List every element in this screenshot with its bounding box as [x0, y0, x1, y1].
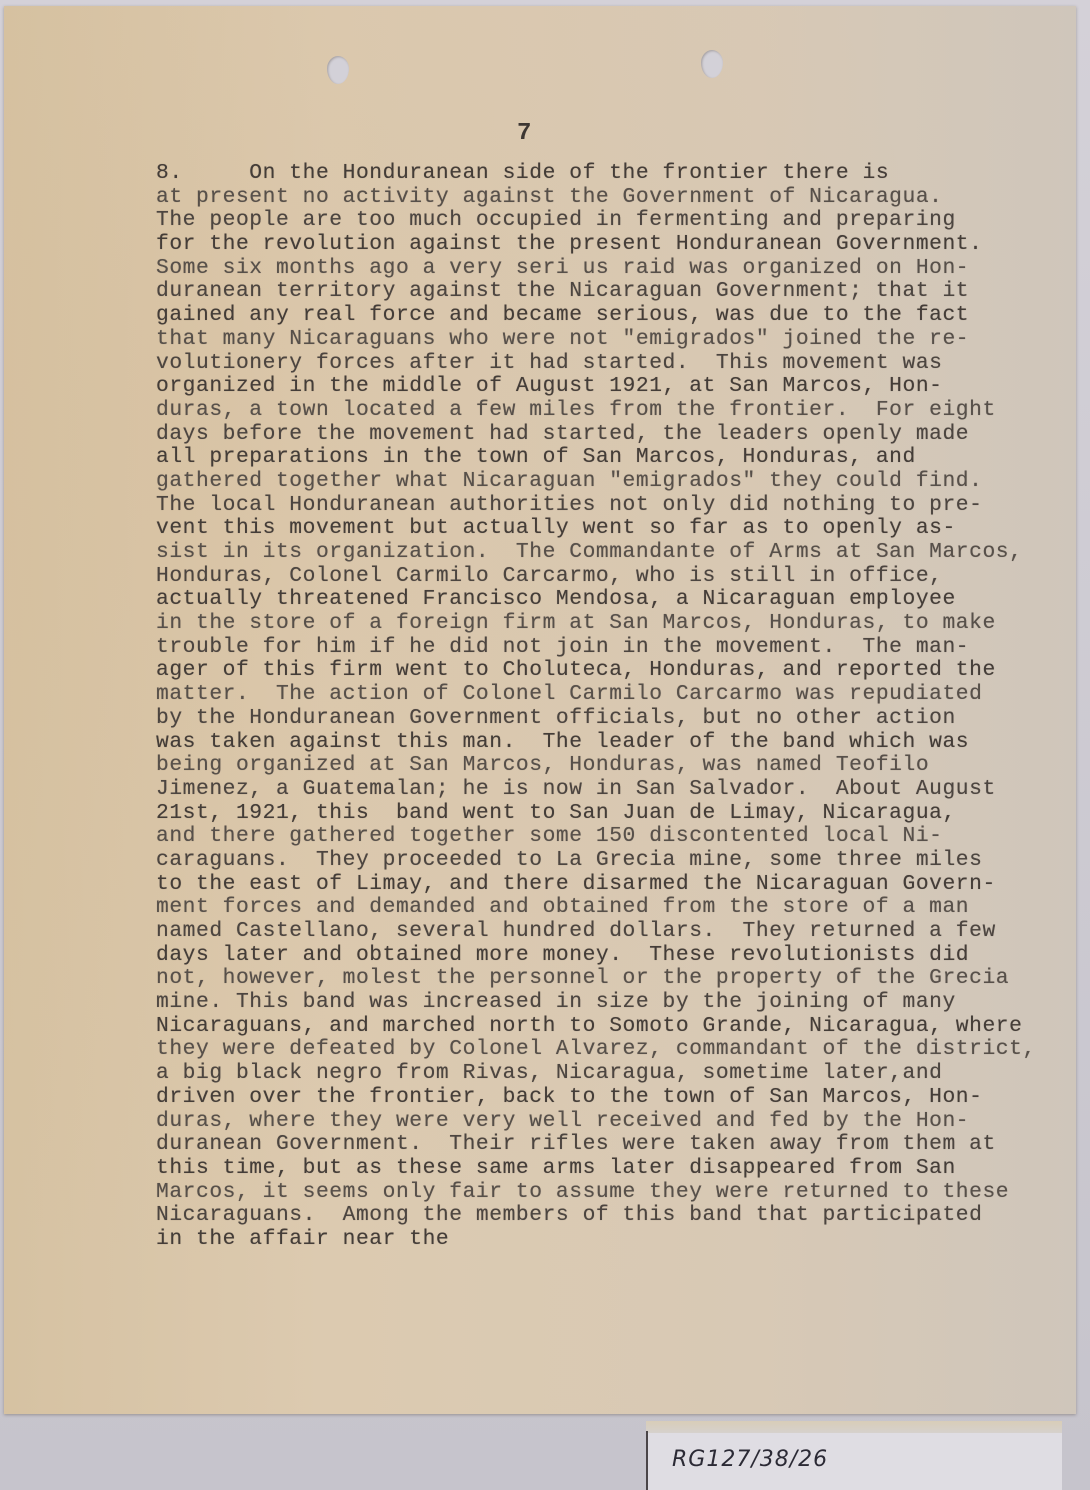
text-line: actually threatened Francisco Mendosa, a… [156, 588, 1036, 612]
archive-label-card: RG127/38/26 [646, 1430, 1062, 1490]
label-rule [646, 1431, 648, 1490]
text-line: was taken against this man. The leader o… [156, 731, 1036, 755]
label-tab-strip [646, 1421, 1062, 1433]
text-line: duras, where they were very well receive… [156, 1110, 1036, 1134]
text-line: matter. The action of Colonel Carmilo Ca… [156, 683, 1036, 707]
text-line: volutionery forces after it had started.… [156, 352, 1036, 376]
page-number: 7 [517, 120, 531, 147]
text-line: 21st, 1921, this band went to San Juan d… [156, 802, 1036, 826]
text-line: in the affair near the [156, 1228, 1036, 1252]
text-line: all preparations in the town of San Marc… [156, 446, 1036, 470]
text-line: duranean territory against the Nicaragua… [156, 280, 1036, 304]
text-line: The people are too much occupied in ferm… [156, 209, 1036, 233]
text-line: for the revolution against the present H… [156, 233, 1036, 257]
text-line: 8. On the Honduranean side of the fronti… [156, 162, 1036, 186]
text-line: Jimenez, a Guatemalan; he is now in San … [156, 778, 1036, 802]
text-line: a big black negro from Rivas, Nicaragua,… [156, 1062, 1036, 1086]
text-line: The local Honduranean authorities not on… [156, 494, 1036, 518]
text-line: being organized at San Marcos, Honduras,… [156, 754, 1036, 778]
text-line: sist in its organization. The Commandant… [156, 541, 1036, 565]
text-line: trouble for him if he did not join in th… [156, 636, 1036, 660]
punch-hole-left [327, 56, 349, 84]
text-line: mine. This band was increased in size by… [156, 991, 1036, 1015]
text-line: Honduras, Colonel Carmilo Carcarmo, who … [156, 565, 1036, 589]
text-line: not, however, molest the personnel or th… [156, 967, 1036, 991]
text-line: ager of this firm went to Choluteca, Hon… [156, 659, 1036, 683]
text-line: that many Nicaraguans who were not "emig… [156, 328, 1036, 352]
text-line: vent this movement but actually went so … [156, 517, 1036, 541]
text-line: to the east of Limay, and there disarmed… [156, 873, 1036, 897]
text-line: organized in the middle of August 1921, … [156, 375, 1036, 399]
text-line: they were defeated by Colonel Alvarez, c… [156, 1038, 1036, 1062]
body-paragraph: 8. On the Honduranean side of the fronti… [156, 162, 1036, 1252]
text-line: caraguans. They proceeded to La Grecia m… [156, 849, 1036, 873]
text-line: Nicaraguans, and marched north to Somoto… [156, 1015, 1036, 1039]
text-line: gathered together what Nicaraguan "emigr… [156, 470, 1036, 494]
text-line: duras, a town located a few miles from t… [156, 399, 1036, 423]
text-line: at present no activity against the Gover… [156, 186, 1036, 210]
text-line: Nicaraguans. Among the members of this b… [156, 1204, 1036, 1228]
text-line: Marcos, it seems only fair to assume the… [156, 1181, 1036, 1205]
text-line: days before the movement had started, th… [156, 423, 1036, 447]
text-line: in the store of a foreign firm at San Ma… [156, 612, 1036, 636]
text-line: gained any real force and became serious… [156, 304, 1036, 328]
text-line: this time, but as these same arms later … [156, 1157, 1036, 1181]
text-line: duranean Government. Their rifles were t… [156, 1133, 1036, 1157]
punch-hole-right [701, 50, 723, 78]
text-line: driven over the frontier, back to the to… [156, 1086, 1036, 1110]
archive-reference: RG127/38/26 [672, 1447, 828, 1472]
text-line: named Castellano, several hundred dollar… [156, 920, 1036, 944]
text-line: and there gathered together some 150 dis… [156, 825, 1036, 849]
text-line: Some six months ago a very seri us raid … [156, 257, 1036, 281]
text-line: days later and obtained more money. Thes… [156, 944, 1036, 968]
text-line: ment forces and demanded and obtained fr… [156, 896, 1036, 920]
text-line: by the Honduranean Government officials,… [156, 707, 1036, 731]
